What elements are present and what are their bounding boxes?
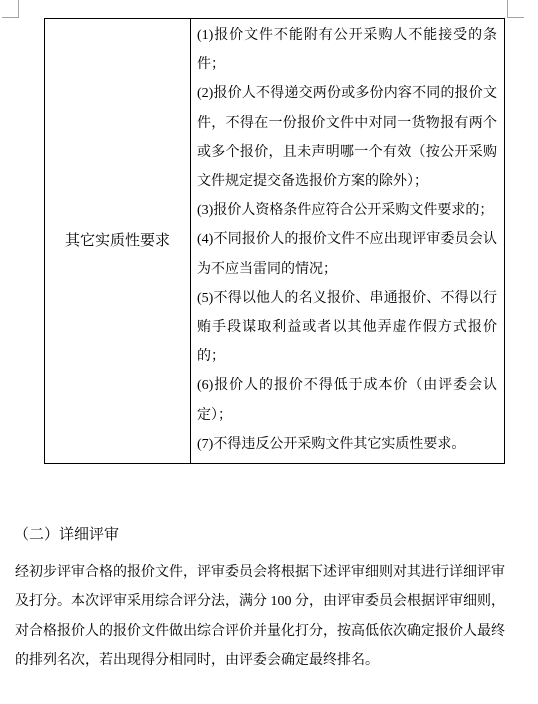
row-label: 其它实质性要求 <box>65 233 170 249</box>
table-row: 其它实质性要求 (1)报价文件不能附有公开采购人不能接受的条件； (2)报价人不… <box>45 19 505 464</box>
section-paragraph-detailed-review: 经初步评审合格的报价文件，评审委员会将根据下述评审细则对其进行详细评审及打分。本… <box>15 558 505 676</box>
substantive-requirements-table: 其它实质性要求 (1)报价文件不能附有公开采购人不能接受的条件； (2)报价人不… <box>44 18 505 464</box>
requirement-item-2: (2)报价人不得递交两份或多份内容不同的报价文件，不得在一份报价文件中对同一货物… <box>197 79 497 196</box>
requirement-item-6: (6)报价人的报价不得低于成本价（由评委会认定）； <box>197 371 497 429</box>
row-content-cell: (1)报价文件不能附有公开采购人不能接受的条件； (2)报价人不得递交两份或多份… <box>191 19 505 464</box>
requirement-item-4: (4)不同报价人的报价文件不应出现评审委员会认为不应当雷同的情况； <box>197 225 497 283</box>
requirement-item-5: (5)不得以他人的名义报价、串通报价、不得以行贿手段谋取利益或者以其他弄虚作假方… <box>197 284 497 372</box>
section-heading-detailed-review: （二）详细评审 <box>14 521 119 550</box>
requirement-item-7: (7)不得违反公开采购文件其它实质性要求。 <box>197 430 497 459</box>
text-boundary-mark-top-left <box>2 0 19 18</box>
requirement-item-3: (3)报价人资格条件应符合公开采购文件要求的； <box>197 196 497 225</box>
text-boundary-mark-top-right <box>507 0 524 18</box>
document-page: 其它实质性要求 (1)报价文件不能附有公开采购人不能接受的条件； (2)报价人不… <box>0 0 538 704</box>
row-label-cell: 其它实质性要求 <box>45 19 191 464</box>
requirement-item-1: (1)报价文件不能附有公开采购人不能接受的条件； <box>197 21 497 79</box>
